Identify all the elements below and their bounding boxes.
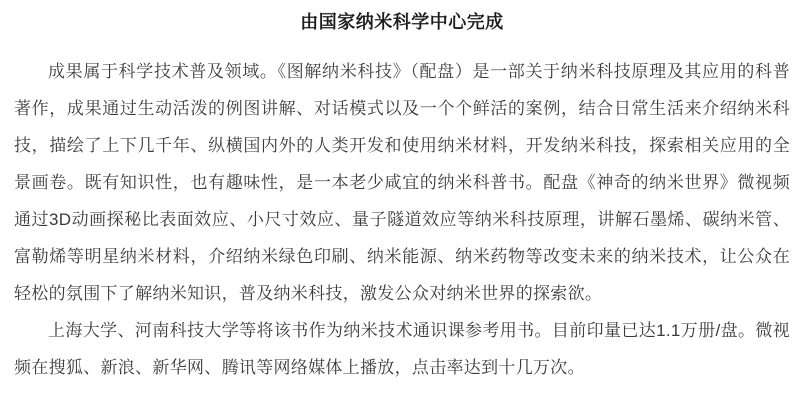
document-title: 由国家纳米科学中心完成 [14, 0, 790, 53]
document-page: 由国家纳米科学中心完成 成果属于科学技术普及领域。《图解纳米科技》（配盘）是一部… [0, 0, 800, 401]
paragraph-achievement-description: 成果属于科学技术普及领域。《图解纳米科技》（配盘）是一部关于纳米科技原理及其应用… [14, 53, 790, 312]
paragraph-usage-and-impact: 上海大学、河南科技大学等将该书作为纳米技术通识课参考用书。目前印量已达1.1万册… [14, 312, 790, 386]
